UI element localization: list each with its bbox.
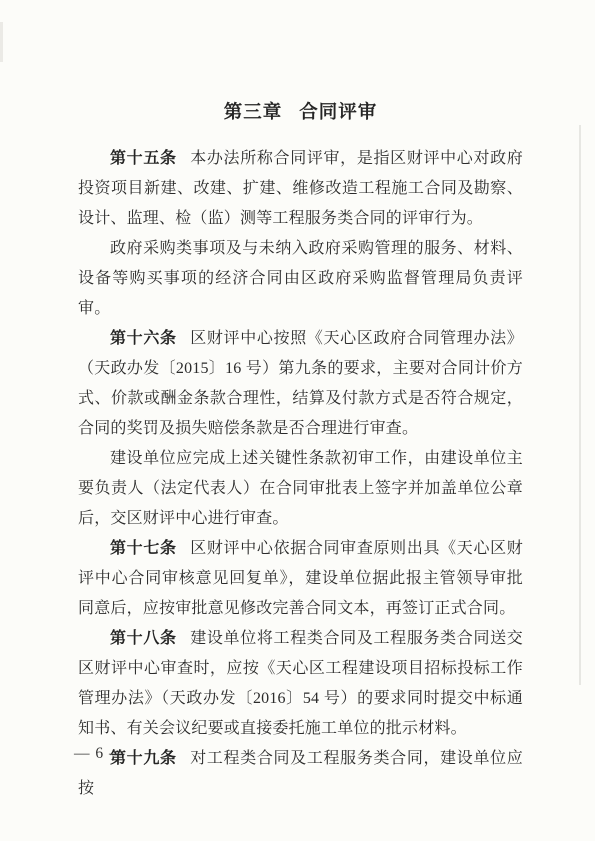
article-paragraph: 第十七条区财评中心依据合同审查原则出具《天心区财评中心合同审核意见回复单》，建设…	[78, 534, 523, 624]
scan-line-artifact	[579, 125, 581, 685]
scan-edge-artifact	[0, 22, 3, 62]
chapter-heading: 第三章合同评审	[78, 100, 523, 124]
article-number: 第十五条	[110, 150, 177, 167]
body-text: 第十五条本办法所称合同评审，是指区财评中心对政府投资项目新建、改建、扩建、维修改…	[78, 144, 523, 804]
chapter-number: 第三章	[224, 101, 283, 122]
article-paragraph: 政府采购类事项及与未纳入政府采购管理的服务、材料、设备等购买事项的经济合同由区政…	[78, 234, 523, 324]
article-paragraph: 第十八条建设单位将工程类合同及工程服务类合同送交区财评中心审查时，应按《天心区工…	[78, 624, 523, 744]
article-paragraph: 第十六条区财评中心按照《天心区政府合同管理办法》（天政办发〔2015〕16 号）…	[78, 324, 523, 444]
article-number: 第十七条	[110, 540, 177, 557]
article-text: 政府采购类事项及与未纳入政府采购管理的服务、材料、设备等购买事项的经济合同由区政…	[78, 240, 523, 317]
article-paragraph: 第十五条本办法所称合同评审，是指区财评中心对政府投资项目新建、改建、扩建、维修改…	[78, 144, 523, 234]
article-paragraph: 建设单位应完成上述关键性条款初审工作，由建设单位主要负责人（法定代表人）在合同审…	[78, 444, 523, 534]
article-number: 第十八条	[110, 630, 177, 647]
document-content: 第三章合同评审 第十五条本办法所称合同评审，是指区财评中心对政府投资项目新建、改…	[78, 0, 523, 804]
article-text: 建设单位应完成上述关键性条款初审工作，由建设单位主要负责人（法定代表人）在合同审…	[78, 450, 523, 527]
page-number: — 6 —	[74, 745, 126, 763]
article-number: 第十六条	[110, 330, 177, 347]
scanned-document-page: 第三章合同评审 第十五条本办法所称合同评审，是指区财评中心对政府投资项目新建、改…	[0, 0, 595, 841]
chapter-title: 合同评审	[299, 101, 377, 122]
article-paragraph: 第十九条对工程类合同及工程服务类合同，建设单位应按	[78, 744, 523, 804]
